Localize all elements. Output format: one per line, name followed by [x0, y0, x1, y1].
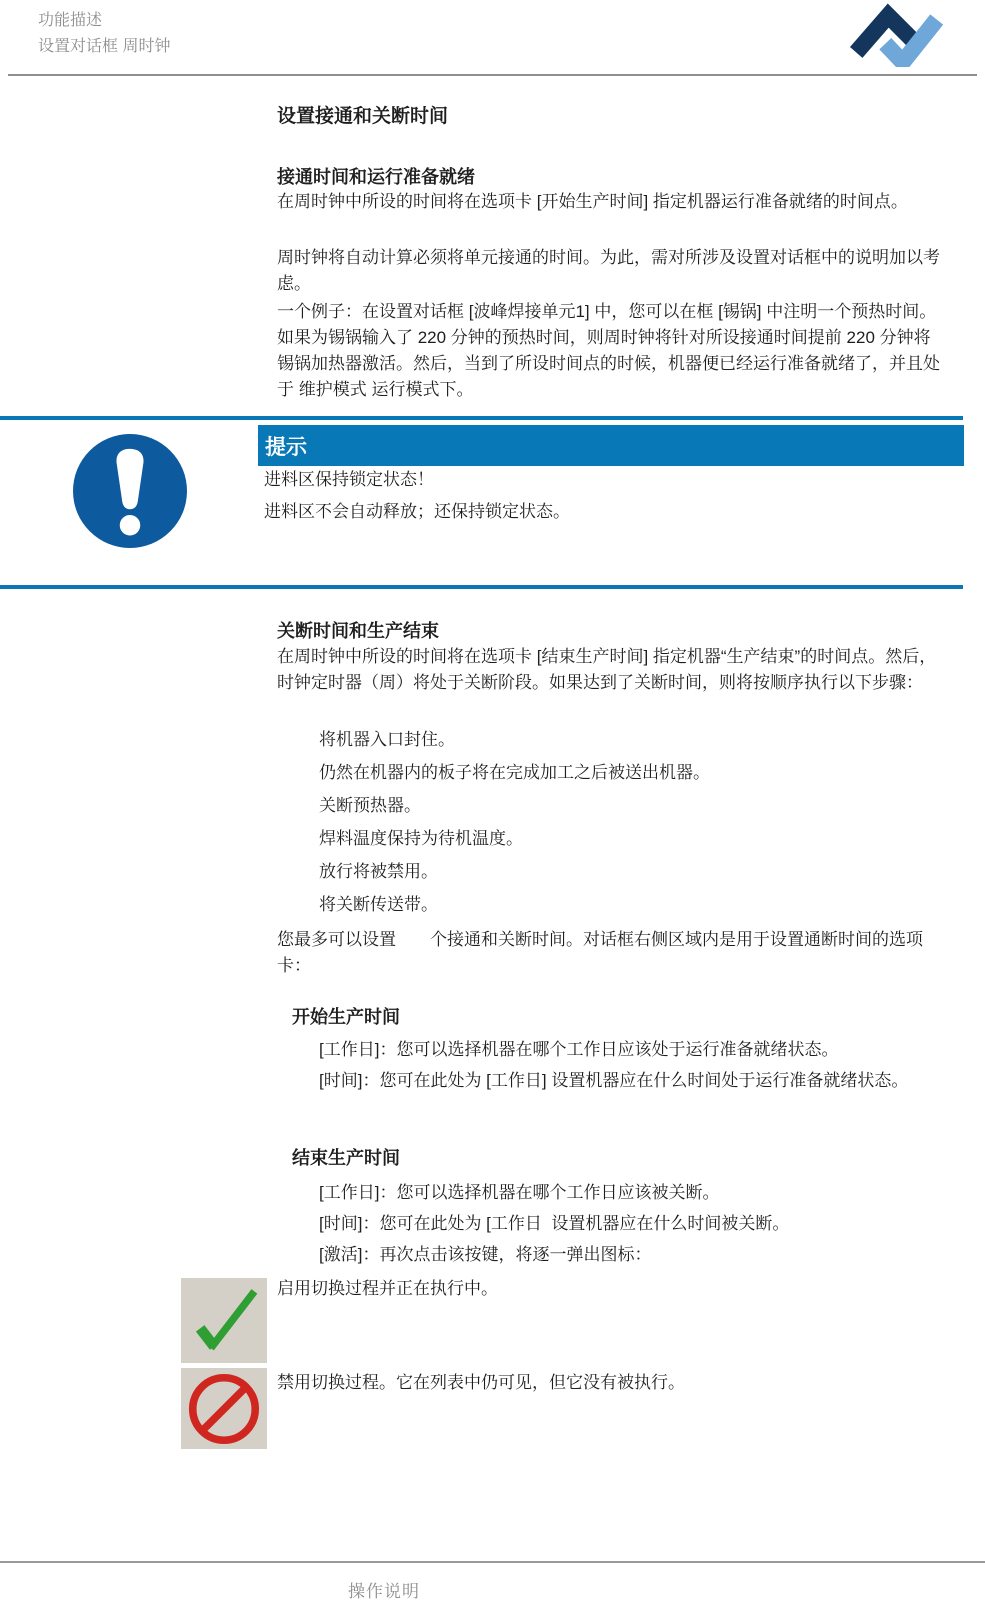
manual-page: 功能描述 设置对话框 周时钟 设置接通和关断时间 接通时间和运行准备就绪 在周时…: [0, 0, 985, 1606]
section-on-paragraph-1: 在周时钟中所设的时间将在选项卡 [开始生产时间] 指定机器运行准备就绪的时间点。: [277, 189, 943, 215]
tab-start-items: [工作日]：您可以选择机器在哪个工作日应该处于运行准备就绪状态。 [时间]：您可…: [319, 1037, 943, 1099]
section-on-paragraph-2: 周时钟将自动计算必须将单元接通的时间。为此，需对所涉及设置对话框中的说明加以考虑…: [277, 245, 943, 297]
note-bottom-rule: [0, 585, 963, 589]
section-on-heading: 接通时间和运行准备就绪: [277, 163, 475, 189]
shutdown-step: 放行将被禁用。: [319, 859, 943, 885]
note-warning-line: 进料区保持锁定状态！: [264, 467, 944, 493]
disabled-status-text: 禁用切换过程。它在列表中仍可见，但它没有被执行。: [277, 1370, 943, 1396]
section-off-paragraph-2: 您最多可以设置 个接通和关断时间。对话框右侧区域内是用于设置通断时间的选项卡：: [277, 927, 943, 979]
mandatory-action-exclamation-icon: [72, 434, 188, 548]
page-title: 设置接通和关断时间: [277, 101, 448, 128]
tab-end-heading: 结束生产时间: [292, 1144, 400, 1170]
tab-start-heading: 开始生产时间: [292, 1003, 400, 1029]
green-checkmark-icon: [181, 1278, 267, 1363]
footer-label: 操作说明: [348, 1577, 420, 1602]
shutdown-step: 将机器入口封住。: [319, 727, 943, 753]
tab-end-items: [工作日]：您可以选择机器在哪个工作日应该被关断。 [时间]：您可在此处为 [工…: [319, 1180, 943, 1273]
header-doc-subtitle: 设置对话框 周时钟: [38, 34, 170, 60]
tab-end-item: [激活]：再次点击该按键，将逐一弹出图标：: [319, 1242, 943, 1268]
note-detail-line: 进料区不会自动释放；还保持锁定状态。: [264, 499, 944, 525]
tab-start-item: [时间]：您可在此处为 [工作日] 设置机器应在什么时间处于运行准备就绪状态。: [319, 1068, 943, 1094]
note-banner-title: 提示: [258, 431, 307, 461]
tab-end-item: [时间]：您可在此处为 [工作日 设置机器应在什么时间被关断。: [319, 1211, 943, 1237]
tab-end-item: [工作日]：您可以选择机器在哪个工作日应该被关断。: [319, 1180, 943, 1206]
brand-logo-icon: [845, 3, 945, 67]
enabled-status-text: 启用切换过程并正在执行中。: [277, 1276, 943, 1302]
tab-start-item: [工作日]：您可以选择机器在哪个工作日应该处于运行准备就绪状态。: [319, 1037, 943, 1063]
footer-divider: [0, 1561, 985, 1563]
section-off-heading: 关断时间和生产结束: [277, 617, 439, 643]
shutdown-step: 将关断传送带。: [319, 892, 943, 918]
shutdown-step: 仍然在机器内的板子将在完成加工之后被送出机器。: [319, 760, 943, 786]
header-doc-type: 功能描述: [38, 8, 102, 34]
shutdown-steps-list: 将机器入口封住。 仍然在机器内的板子将在完成加工之后被送出机器。 关断预热器。 …: [319, 727, 943, 925]
section-off-paragraph-1: 在周时钟中所设的时间将在选项卡 [结束生产时间] 指定机器“生产结束”的时间点。…: [277, 644, 943, 696]
section-on-paragraph-3: 一个例子：在设置对话框 [波峰焊接单元1] 中，您可以在框 [锡锅] 中注明一个…: [277, 299, 943, 403]
note-top-rule: [0, 416, 963, 420]
shutdown-step: 关断预热器。: [319, 793, 943, 819]
note-banner: 提示: [258, 425, 964, 466]
header-divider: [8, 74, 977, 76]
shutdown-step: 焊料温度保持为待机温度。: [319, 826, 943, 852]
red-prohibition-icon: [181, 1368, 267, 1449]
